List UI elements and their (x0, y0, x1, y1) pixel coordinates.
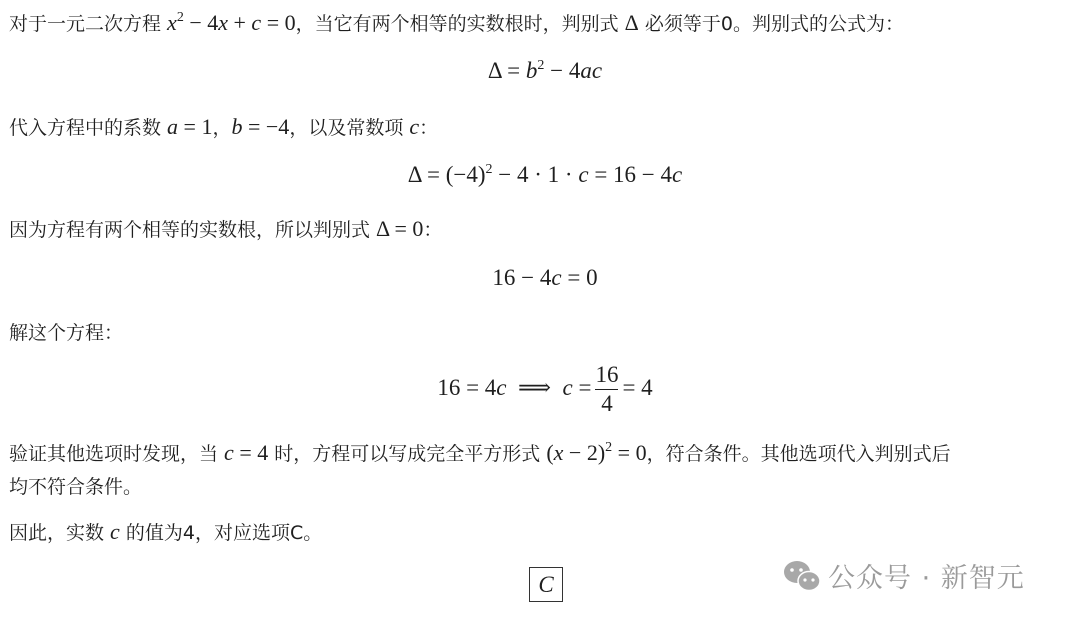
constant-c: c (409, 114, 419, 139)
paragraph-conclusion: 因此，实数 c 的值为4，对应选项C。 (9, 517, 322, 548)
variable-c: c (110, 519, 120, 544)
paragraph-substitute: 代入方程中的系数 a = 1，b = −4，以及常数项 c： (9, 112, 438, 143)
colon: ： (423, 219, 442, 241)
verify-text-mid: 时，方程可以写成完全平方形式 (268, 443, 546, 465)
intro-text-after: 必须等于0。判别式的公式为： (639, 13, 904, 35)
verify-text-after: ，符合条件。其他选项代入判别式后 (647, 443, 951, 465)
quadratic-equation: x2 − 4x + c = 0 (167, 10, 296, 35)
equation-discriminant-substituted: Δ = (−4)2 − 4 · 1 · c = 16 − 4c (0, 162, 1080, 188)
solve-text: 解这个方程： (9, 322, 123, 344)
substitute-text: 代入方程中的系数 (9, 117, 167, 139)
paragraph-verify: 验证其他选项时发现，当 c = 4 时，方程可以写成完全平方形式 (x − 2)… (9, 438, 951, 469)
conclusion-text-after: 的值为4，对应选项C。 (120, 522, 322, 544)
c-equals-4: c = 4 (224, 440, 268, 465)
perfect-square: (x − 2)2 = 0 (546, 440, 646, 465)
paragraph-equal-roots: 因为方程有两个相等的实数根，所以判别式 Δ = 0： (9, 214, 442, 245)
verify-line2: 均不符合条件。 (9, 476, 142, 498)
conclusion-text: 因此，实数 (9, 522, 110, 544)
fraction-denominator: 4 (595, 391, 618, 417)
separator: ， (212, 117, 231, 139)
verify-text: 验证其他选项时发现，当 (9, 443, 224, 465)
paragraph-solve: 解这个方程： (9, 318, 123, 348)
intro-text: 对于一元二次方程 (9, 13, 167, 35)
paragraph-verify-line2: 均不符合条件。 (9, 472, 142, 502)
intro-text-mid: ，当它有两个相等的实数根时，判别式 (296, 13, 625, 35)
boxed-answer: C (529, 567, 563, 602)
coefficient-a: a = 1 (167, 114, 212, 139)
paragraph-intro: 对于一元二次方程 x2 − 4x + c = 0，当它有两个相等的实数根时，判别… (9, 8, 904, 39)
substitute-text-mid: ，以及常数项 (289, 117, 409, 139)
coefficient-b: b = −4 (231, 114, 289, 139)
equal-roots-text: 因为方程有两个相等的实数根，所以判别式 (9, 219, 376, 241)
equation-set-zero: 16 − 4c = 0 (0, 265, 1080, 291)
fraction-numerator: 16 (595, 362, 618, 388)
delta-zero: Δ = 0 (376, 216, 423, 241)
equation-solution: 16 = 4c ⟹ c =164= 4 (0, 362, 1080, 417)
equation-discriminant-formula: Δ = b2 − 4ac (0, 58, 1080, 84)
watermark: 公众号 · 新智元 (782, 556, 1025, 595)
delta-symbol: Δ (625, 10, 639, 35)
wechat-icon (782, 559, 822, 593)
fraction: 164 (595, 362, 618, 417)
colon: ： (419, 117, 438, 139)
watermark-text: 公众号 · 新智元 (828, 556, 1025, 595)
